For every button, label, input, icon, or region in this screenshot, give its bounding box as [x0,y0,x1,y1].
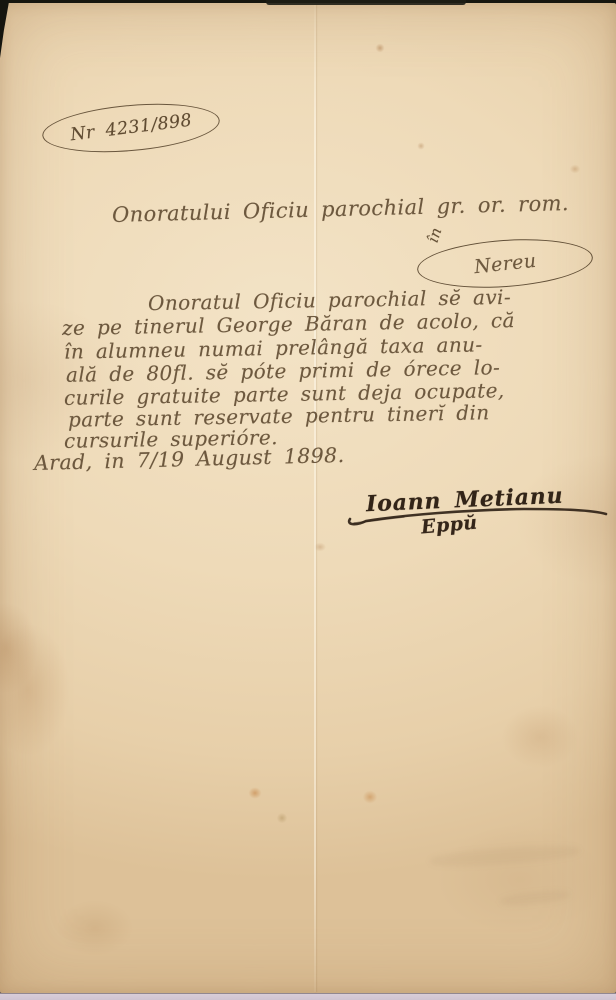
place-name: Nereu [473,249,537,277]
paper-edge-chip [266,0,466,5]
scanned-letter-photo: Nr 4231/898 Onoratului Oficiu parochial … [0,0,616,1000]
registry-number: Nr 4231/898 [69,111,193,146]
